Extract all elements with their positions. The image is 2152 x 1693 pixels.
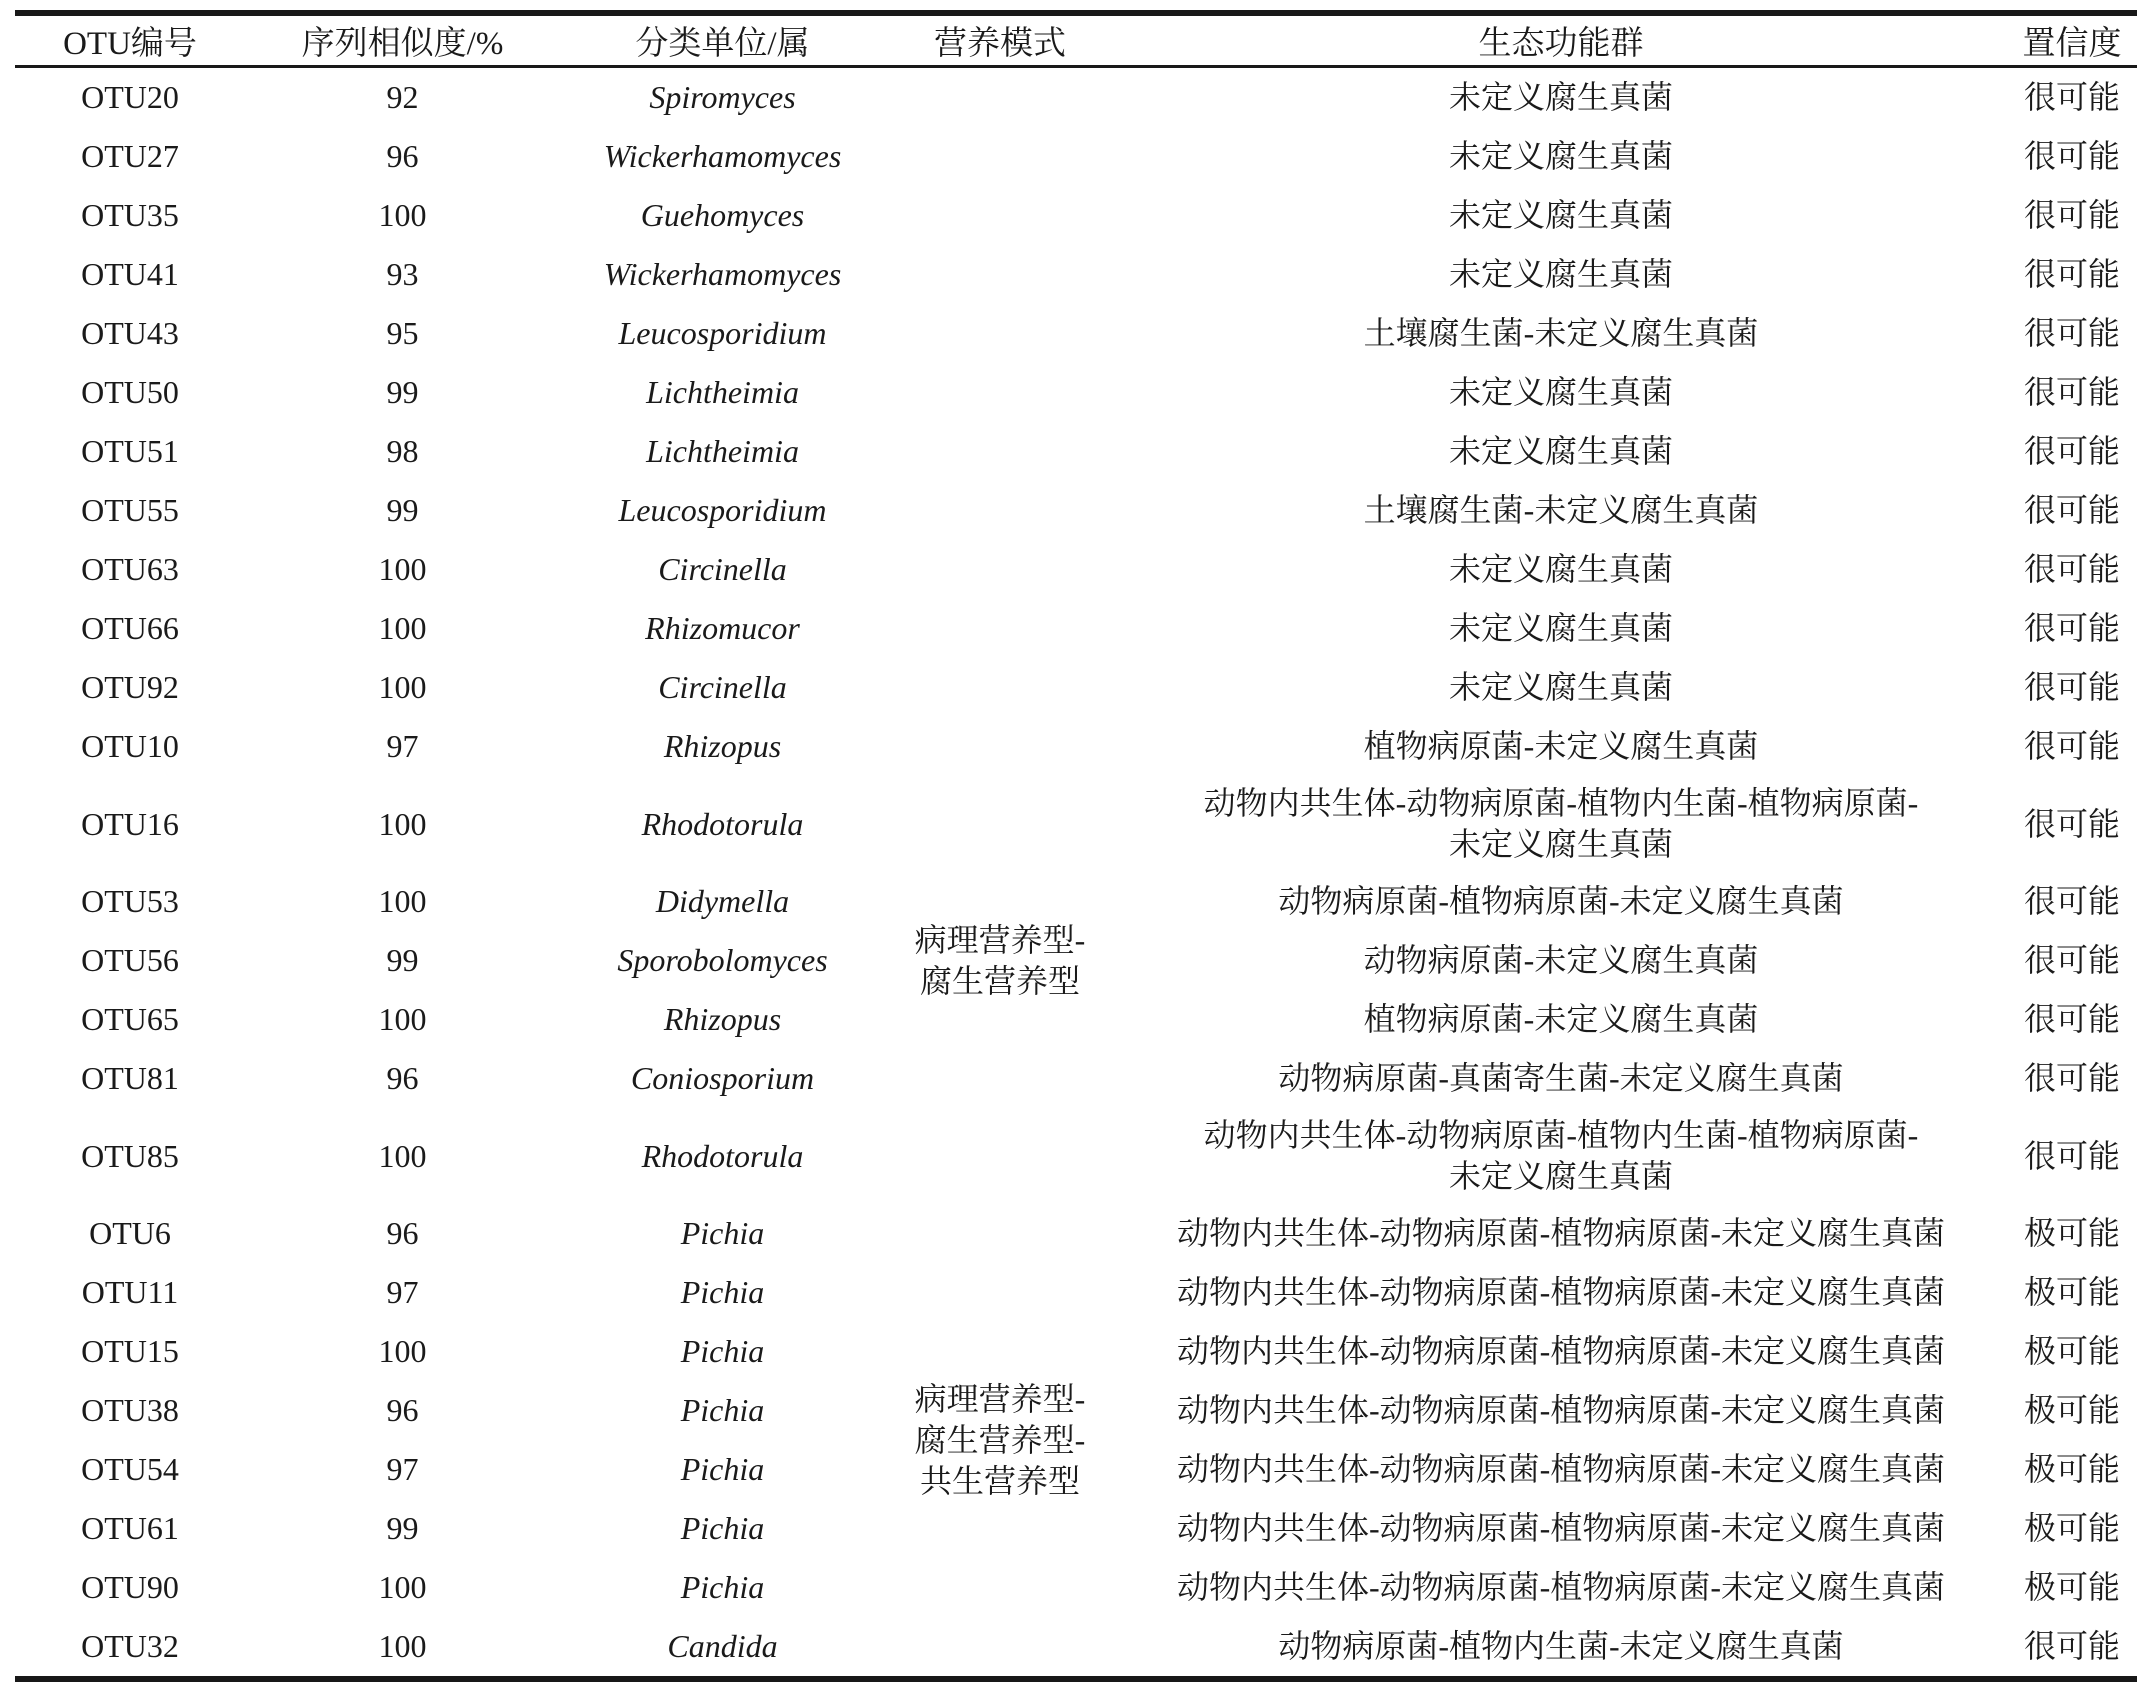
guild-value: 动物内共生体-动物病原菌-植物病原菌-未定义腐生真菌 xyxy=(1115,1322,2007,1381)
col-header-otu: OTU编号 xyxy=(15,13,245,67)
genus-name: Circinella xyxy=(560,658,885,717)
guild-value: 未定义腐生真菌 xyxy=(1115,422,2007,481)
similarity-value: 96 xyxy=(245,1049,560,1108)
genus-name: Rhodotorula xyxy=(560,776,885,872)
similarity-value: 97 xyxy=(245,1440,560,1499)
genus-name: Rhizopus xyxy=(560,717,885,776)
nutrition-mode-group-1 xyxy=(885,67,1115,718)
otu-id: OTU54 xyxy=(15,1440,245,1499)
genus-name: Pichia xyxy=(560,1204,885,1263)
confidence-value: 极可能 xyxy=(2007,1263,2137,1322)
funguild-table: OTU编号 序列相似度/% 分类单位/属 营养模式 生态功能群 置信度 OTU2… xyxy=(15,10,2137,1682)
similarity-value: 99 xyxy=(245,931,560,990)
col-header-guild: 生态功能群 xyxy=(1115,13,2007,67)
guild-value: 植物病原菌-未定义腐生真菌 xyxy=(1115,990,2007,1049)
otu-id: OTU56 xyxy=(15,931,245,990)
confidence-value: 很可能 xyxy=(2007,540,2137,599)
page: OTU编号 序列相似度/% 分类单位/属 营养模式 生态功能群 置信度 OTU2… xyxy=(0,0,2152,1682)
confidence-value: 很可能 xyxy=(2007,363,2137,422)
guild-value: 植物病原菌-未定义腐生真菌 xyxy=(1115,717,2007,776)
similarity-value: 100 xyxy=(245,599,560,658)
genus-name: Pichia xyxy=(560,1381,885,1440)
confidence-value: 很可能 xyxy=(2007,245,2137,304)
similarity-value: 92 xyxy=(245,67,560,128)
guild-value: 动物内共生体-动物病原菌-植物病原菌-未定义腐生真菌 xyxy=(1115,1499,2007,1558)
genus-name: Pichia xyxy=(560,1263,885,1322)
similarity-value: 99 xyxy=(245,363,560,422)
confidence-value: 很可能 xyxy=(2007,422,2137,481)
genus-name: Circinella xyxy=(560,540,885,599)
guild-value: 未定义腐生真菌 xyxy=(1115,186,2007,245)
similarity-value: 100 xyxy=(245,540,560,599)
otu-id: OTU50 xyxy=(15,363,245,422)
guild-value: 未定义腐生真菌 xyxy=(1115,363,2007,422)
confidence-value: 很可能 xyxy=(2007,990,2137,1049)
similarity-value: 99 xyxy=(245,1499,560,1558)
confidence-value: 极可能 xyxy=(2007,1322,2137,1381)
genus-name: Pichia xyxy=(560,1499,885,1558)
table-header: OTU编号 序列相似度/% 分类单位/属 营养模式 生态功能群 置信度 xyxy=(15,13,2137,67)
table-row: OTU10 97 Rhizopus 病理营养型- 腐生营养型 植物病原菌-未定义… xyxy=(15,717,2137,776)
otu-id: OTU32 xyxy=(15,1617,245,1679)
otu-id: OTU90 xyxy=(15,1558,245,1617)
confidence-value: 极可能 xyxy=(2007,1499,2137,1558)
similarity-value: 100 xyxy=(245,1558,560,1617)
confidence-value: 很可能 xyxy=(2007,717,2137,776)
similarity-value: 93 xyxy=(245,245,560,304)
otu-id: OTU38 xyxy=(15,1381,245,1440)
otu-id: OTU53 xyxy=(15,872,245,931)
guild-value: 动物内共生体-动物病原菌-植物病原菌-未定义腐生真菌 xyxy=(1115,1204,2007,1263)
guild-value: 土壤腐生菌-未定义腐生真菌 xyxy=(1115,481,2007,540)
genus-name: Leucosporidium xyxy=(560,481,885,540)
confidence-value: 极可能 xyxy=(2007,1558,2137,1617)
genus-name: Candida xyxy=(560,1617,885,1679)
otu-id: OTU11 xyxy=(15,1263,245,1322)
confidence-value: 极可能 xyxy=(2007,1204,2137,1263)
confidence-value: 很可能 xyxy=(2007,1108,2137,1204)
similarity-value: 100 xyxy=(245,1617,560,1679)
confidence-value: 极可能 xyxy=(2007,1440,2137,1499)
guild-value: 未定义腐生真菌 xyxy=(1115,540,2007,599)
otu-id: OTU6 xyxy=(15,1204,245,1263)
similarity-value: 100 xyxy=(245,1108,560,1204)
confidence-value: 很可能 xyxy=(2007,1049,2137,1108)
genus-name: Lichtheimia xyxy=(560,422,885,481)
confidence-value: 极可能 xyxy=(2007,1381,2137,1440)
table-row: OTU20 92 Spiromyces 未定义腐生真菌 很可能 xyxy=(15,67,2137,128)
guild-value: 未定义腐生真菌 xyxy=(1115,67,2007,128)
guild-value: 动物内共生体-动物病原菌-植物内生菌-植物病原菌- 未定义腐生真菌 xyxy=(1115,1108,2007,1204)
similarity-value: 100 xyxy=(245,776,560,872)
col-header-genus: 分类单位/属 xyxy=(560,13,885,67)
similarity-value: 95 xyxy=(245,304,560,363)
similarity-value: 100 xyxy=(245,658,560,717)
guild-value: 动物病原菌-真菌寄生菌-未定义腐生真菌 xyxy=(1115,1049,2007,1108)
confidence-value: 很可能 xyxy=(2007,599,2137,658)
guild-value: 未定义腐生真菌 xyxy=(1115,658,2007,717)
confidence-value: 很可能 xyxy=(2007,127,2137,186)
genus-name: Rhodotorula xyxy=(560,1108,885,1204)
confidence-value: 很可能 xyxy=(2007,776,2137,872)
otu-id: OTU15 xyxy=(15,1322,245,1381)
confidence-value: 很可能 xyxy=(2007,186,2137,245)
otu-id: OTU65 xyxy=(15,990,245,1049)
otu-id: OTU41 xyxy=(15,245,245,304)
guild-value: 动物病原菌-未定义腐生真菌 xyxy=(1115,931,2007,990)
otu-id: OTU10 xyxy=(15,717,245,776)
genus-name: Guehomyces xyxy=(560,186,885,245)
similarity-value: 100 xyxy=(245,1322,560,1381)
header-row: OTU编号 序列相似度/% 分类单位/属 营养模式 生态功能群 置信度 xyxy=(15,13,2137,67)
otu-id: OTU16 xyxy=(15,776,245,872)
genus-name: Lichtheimia xyxy=(560,363,885,422)
col-header-nutrition: 营养模式 xyxy=(885,13,1115,67)
otu-id: OTU51 xyxy=(15,422,245,481)
guild-value: 动物内共生体-动物病原菌-植物病原菌-未定义腐生真菌 xyxy=(1115,1440,2007,1499)
otu-id: OTU27 xyxy=(15,127,245,186)
confidence-value: 很可能 xyxy=(2007,304,2137,363)
similarity-value: 99 xyxy=(245,481,560,540)
guild-value: 动物病原菌-植物内生菌-未定义腐生真菌 xyxy=(1115,1617,2007,1679)
similarity-value: 97 xyxy=(245,717,560,776)
confidence-value: 很可能 xyxy=(2007,931,2137,990)
guild-value: 动物内共生体-动物病原菌-植物病原菌-未定义腐生真菌 xyxy=(1115,1381,2007,1440)
confidence-value: 很可能 xyxy=(2007,67,2137,128)
genus-name: Pichia xyxy=(560,1440,885,1499)
confidence-value: 很可能 xyxy=(2007,1617,2137,1679)
genus-name: Wickerhamomyces xyxy=(560,127,885,186)
genus-name: Coniosporium xyxy=(560,1049,885,1108)
genus-name: Pichia xyxy=(560,1558,885,1617)
genus-name: Leucosporidium xyxy=(560,304,885,363)
guild-value: 动物内共生体-动物病原菌-植物病原菌-未定义腐生真菌 xyxy=(1115,1558,2007,1617)
genus-name: Spiromyces xyxy=(560,67,885,128)
similarity-value: 97 xyxy=(245,1263,560,1322)
similarity-value: 100 xyxy=(245,186,560,245)
similarity-value: 98 xyxy=(245,422,560,481)
confidence-value: 很可能 xyxy=(2007,481,2137,540)
guild-value: 动物内共生体-动物病原菌-植物内生菌-植物病原菌- 未定义腐生真菌 xyxy=(1115,776,2007,872)
genus-name: Sporobolomyces xyxy=(560,931,885,990)
otu-id: OTU66 xyxy=(15,599,245,658)
genus-name: Rhizopus xyxy=(560,990,885,1049)
col-header-confidence: 置信度 xyxy=(2007,13,2137,67)
otu-id: OTU92 xyxy=(15,658,245,717)
similarity-value: 96 xyxy=(245,127,560,186)
genus-name: Pichia xyxy=(560,1322,885,1381)
table-row: OTU6 96 Pichia 病理营养型- 腐生营养型- 共生营养型 动物内共生… xyxy=(15,1204,2137,1263)
table-body: OTU20 92 Spiromyces 未定义腐生真菌 很可能 OTU27 96… xyxy=(15,67,2137,1680)
otu-id: OTU35 xyxy=(15,186,245,245)
similarity-value: 96 xyxy=(245,1381,560,1440)
otu-id: OTU43 xyxy=(15,304,245,363)
confidence-value: 很可能 xyxy=(2007,658,2137,717)
genus-name: Didymella xyxy=(560,872,885,931)
nutrition-mode-group-2: 病理营养型- 腐生营养型 xyxy=(885,717,1115,1204)
otu-id: OTU81 xyxy=(15,1049,245,1108)
guild-value: 动物病原菌-植物病原菌-未定义腐生真菌 xyxy=(1115,872,2007,931)
guild-value: 未定义腐生真菌 xyxy=(1115,127,2007,186)
otu-id: OTU55 xyxy=(15,481,245,540)
confidence-value: 很可能 xyxy=(2007,872,2137,931)
guild-value: 未定义腐生真菌 xyxy=(1115,599,2007,658)
col-header-similarity: 序列相似度/% xyxy=(245,13,560,67)
similarity-value: 100 xyxy=(245,872,560,931)
similarity-value: 96 xyxy=(245,1204,560,1263)
otu-id: OTU85 xyxy=(15,1108,245,1204)
otu-id: OTU63 xyxy=(15,540,245,599)
nutrition-mode-group-3: 病理营养型- 腐生营养型- 共生营养型 xyxy=(885,1204,1115,1679)
guild-value: 土壤腐生菌-未定义腐生真菌 xyxy=(1115,304,2007,363)
similarity-value: 100 xyxy=(245,990,560,1049)
otu-id: OTU20 xyxy=(15,67,245,128)
guild-value: 动物内共生体-动物病原菌-植物病原菌-未定义腐生真菌 xyxy=(1115,1263,2007,1322)
genus-name: Rhizomucor xyxy=(560,599,885,658)
genus-name: Wickerhamomyces xyxy=(560,245,885,304)
guild-value: 未定义腐生真菌 xyxy=(1115,245,2007,304)
otu-id: OTU61 xyxy=(15,1499,245,1558)
